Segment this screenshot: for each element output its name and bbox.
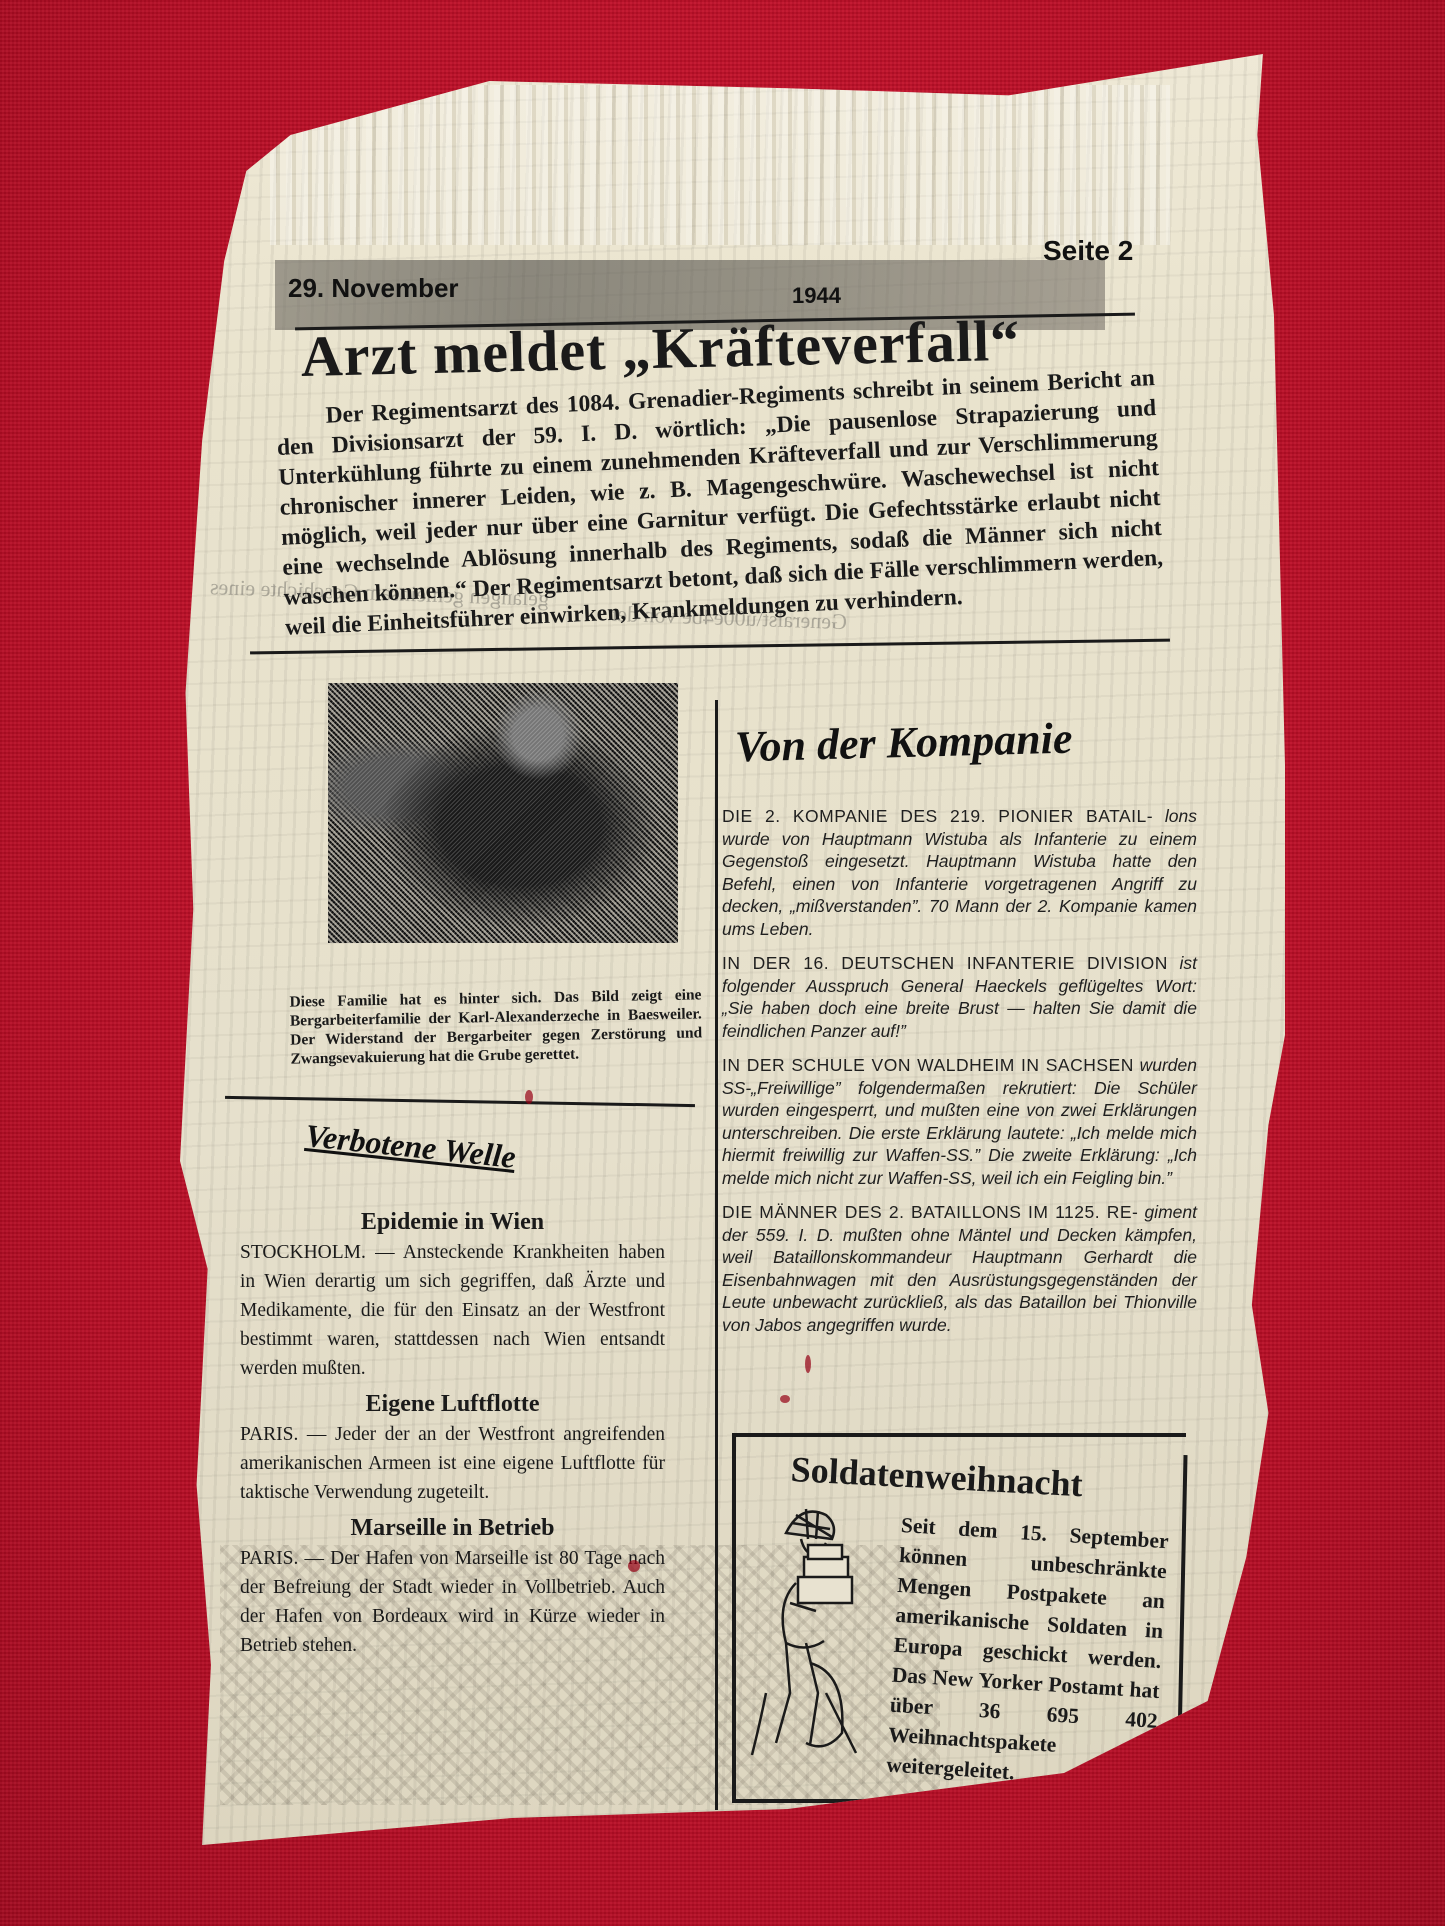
main-article-body: Der Regimentsarzt des 1084. Grenadier-Re… <box>275 363 1165 643</box>
soldier-with-parcels-icon <box>746 1493 886 1763</box>
news-heading: Eigene Luftflotte <box>240 1391 665 1418</box>
photo-caption: Diese Familie hat es hinter sich. Das Bi… <box>289 985 702 1068</box>
red-stain <box>805 1355 811 1373</box>
page-number: Seite 2 <box>1043 235 1133 267</box>
red-stain <box>780 1395 790 1403</box>
news-heading: Marseille in Betrieb <box>240 1515 665 1542</box>
verbotene-welle-column: Epidemie in Wien STOCKHOLM. — Ansteckend… <box>240 1205 665 1668</box>
item-lead: DIE 2. KOMPANIE DES 219. PIONIER BATAIL- <box>722 806 1153 826</box>
item-lead: IN DER SCHULE VON WALDHEIM IN SACHSEN <box>722 1055 1134 1075</box>
kompanie-item: DIE 2. KOMPANIE DES 219. PIONIER BATAIL-… <box>722 805 1197 940</box>
item-lead: DIE MÄNNER DES 2. BATAILLONS IM 1125. RE… <box>722 1202 1138 1222</box>
crumpled-top-area <box>270 85 1170 245</box>
news-text: PARIS. — Der Hafen von Marseille ist 80 … <box>240 1544 665 1660</box>
section-divider <box>250 639 1170 655</box>
column-divider <box>715 700 718 1810</box>
red-stain <box>525 1090 533 1104</box>
news-text: PARIS. — Jeder der an der Westfront angr… <box>240 1420 665 1507</box>
kompanie-item: DIE MÄNNER DES 2. BATAILLONS IM 1125. RE… <box>722 1201 1197 1336</box>
von-der-kompanie-column: DIE 2. KOMPANIE DES 219. PIONIER BATAIL-… <box>722 805 1197 1348</box>
family-photo <box>328 683 678 943</box>
news-text: STOCKHOLM. — Ansteckende Krankheiten hab… <box>240 1238 665 1383</box>
caption-divider <box>225 1096 695 1107</box>
main-article-text: Der Regimentsarzt des 1084. Grenadier-Re… <box>276 365 1163 641</box>
kompanie-item: IN DER SCHULE VON WALDHEIM IN SACHSEN wu… <box>722 1054 1197 1189</box>
section-title-verbotene-welle: Verbotene Welle <box>304 1117 518 1176</box>
newspaper-page: gelangen gemeinsam Geschichte eines Gene… <box>180 45 1285 1845</box>
soldatenweihnacht-text: Seit dem 15. September können unbeschrän… <box>886 1510 1170 1796</box>
issue-date: 29. November <box>288 273 459 304</box>
kompanie-item: IN DER 16. DEUTSCHEN INFANTERIE DIVISION… <box>722 952 1197 1042</box>
news-heading: Epidemie in Wien <box>240 1209 665 1236</box>
section-title-von-der-kompanie: Von der Kompanie <box>734 713 1073 773</box>
red-stain <box>628 1560 640 1572</box>
issue-year: 1944 <box>792 283 841 309</box>
item-lead: IN DER 16. DEUTSCHEN INFANTERIE DIVISION <box>722 953 1168 973</box>
